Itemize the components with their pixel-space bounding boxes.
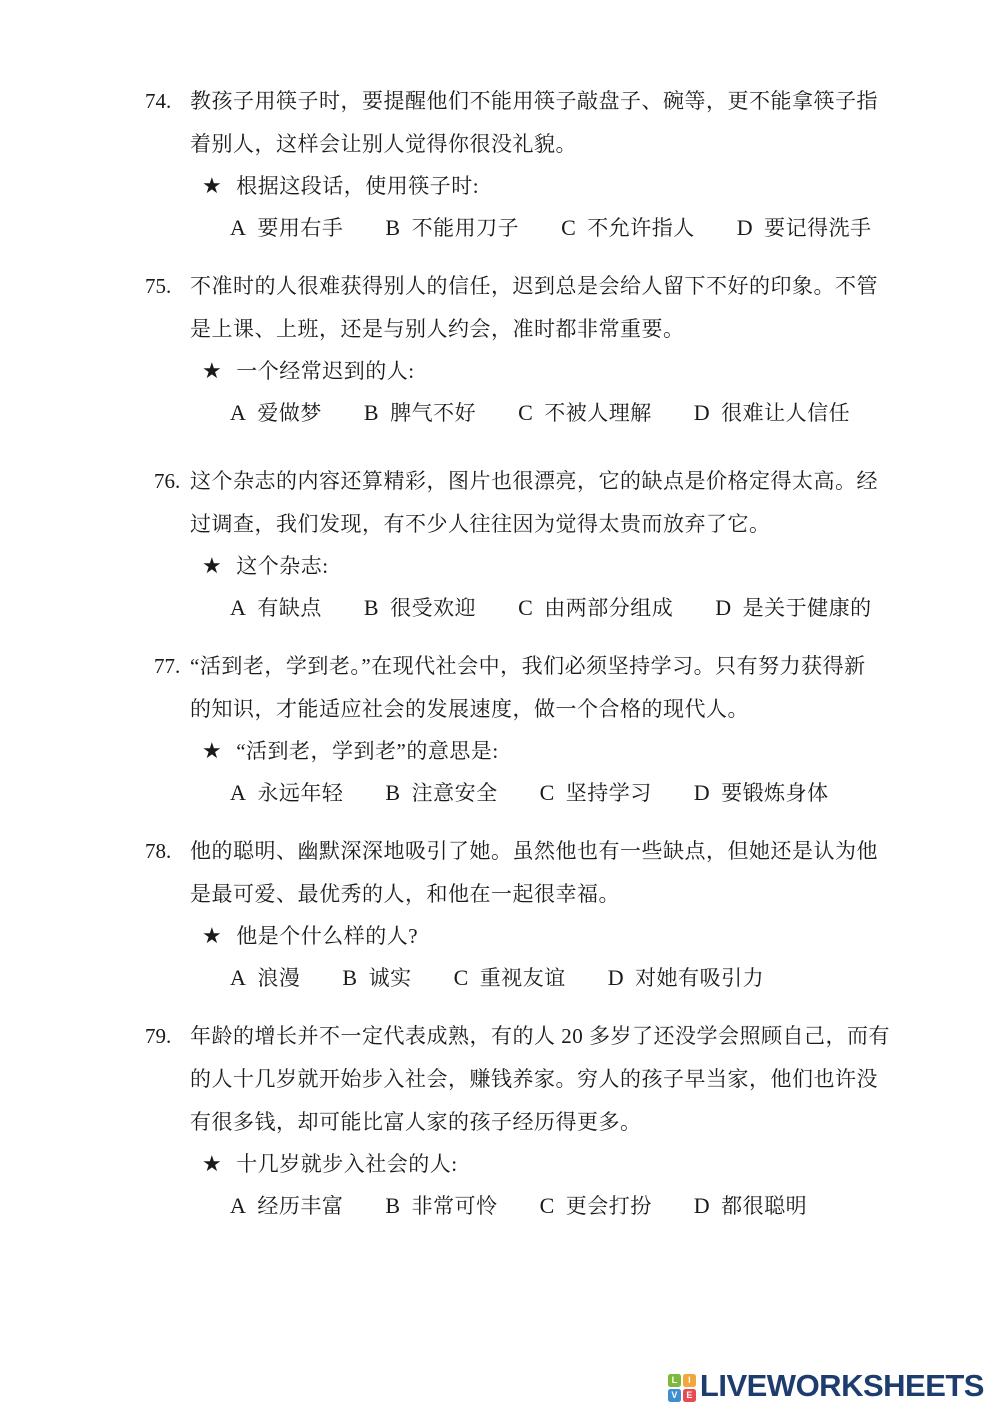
- option-a[interactable]: A浪漫: [230, 957, 300, 999]
- option-text: 注意安全: [412, 781, 498, 805]
- question-number: 79.: [145, 1015, 190, 1058]
- option-d[interactable]: D很难让人信任: [694, 392, 850, 434]
- option-text: 有缺点: [257, 596, 322, 620]
- question-prompt: 十几岁就步入社会的人:: [236, 1152, 457, 1176]
- option-letter: B: [385, 1185, 400, 1226]
- option-text: 浪漫: [257, 966, 300, 990]
- passage-line: 的人十几岁就开始步入社会，赚钱养家。穷人的孩子早当家，他们也许没: [190, 1058, 890, 1101]
- logo-cell-i: I: [683, 1374, 696, 1387]
- question-passage: “活到老，学到老。”在现代社会中，我们必须坚持学习。只有努力获得新 的知识，才能…: [190, 645, 866, 731]
- option-a[interactable]: A经历丰富: [230, 1185, 343, 1227]
- option-letter: A: [230, 587, 246, 628]
- passage-line: “活到老，学到老。”在现代社会中，我们必须坚持学习。只有努力获得新: [190, 645, 866, 688]
- option-letter: B: [364, 587, 379, 628]
- question-passage: 他的聪明、幽默深深地吸引了她。虽然他也有一些缺点，但她还是认为他 是最可爱、最优…: [190, 830, 878, 916]
- option-b[interactable]: B脾气不好: [364, 392, 476, 434]
- question-76: 76. 这个杂志的内容还算精彩，图片也很漂亮，它的缺点是价格定得太高。经 过调查…: [145, 460, 860, 629]
- passage-line: 是上课、上班，还是与别人约会，准时都非常重要。: [190, 308, 878, 351]
- option-d[interactable]: D要记得洗手: [737, 207, 872, 249]
- option-letter: A: [230, 392, 246, 433]
- passage-line: 教孩子用筷子时，要提醒他们不能用筷子敲盘子、碗等，更不能拿筷子指: [190, 80, 878, 123]
- option-a[interactable]: A要用右手: [230, 207, 343, 249]
- option-text: 要用右手: [257, 216, 343, 240]
- options-row: A永远年轻 B注意安全 C坚持学习 D要锻炼身体: [230, 772, 860, 814]
- passage-line: 这个杂志的内容还算精彩，图片也很漂亮，它的缺点是价格定得太高。经: [190, 460, 878, 503]
- question-number: 75.: [145, 265, 190, 308]
- question-prompt: 一个经常迟到的人:: [236, 359, 414, 383]
- option-text: 很难让人信任: [721, 401, 850, 425]
- option-letter: C: [540, 772, 555, 813]
- logo-cell-e: E: [683, 1389, 696, 1402]
- option-a[interactable]: A有缺点: [230, 587, 322, 629]
- star-icon: ★: [202, 731, 222, 772]
- option-letter: D: [715, 587, 731, 628]
- question-prompt-row: ★这个杂志:: [202, 546, 860, 587]
- question-prompt-row: ★一个经常迟到的人:: [202, 351, 860, 392]
- question-74: 74. 教孩子用筷子时，要提醒他们不能用筷子敲盘子、碗等，更不能拿筷子指 着别人…: [145, 80, 860, 249]
- option-text: 要记得洗手: [764, 216, 872, 240]
- option-letter: A: [230, 957, 246, 998]
- worksheet-page: 74. 教孩子用筷子时，要提醒他们不能用筷子敲盘子、碗等，更不能拿筷子指 着别人…: [0, 0, 1000, 1414]
- option-text: 诚实: [369, 966, 412, 990]
- question-prompt: 根据这段话，使用筷子时:: [236, 174, 479, 198]
- question-passage: 不准时的人很难获得别人的信任，迟到总是会给人留下不好的印象。不管 是上课、上班，…: [190, 265, 878, 351]
- question-passage: 这个杂志的内容还算精彩，图片也很漂亮，它的缺点是价格定得太高。经 过调查，我们发…: [190, 460, 878, 546]
- option-c[interactable]: C由两部分组成: [518, 587, 673, 629]
- option-letter: D: [737, 207, 753, 248]
- question-passage: 年龄的增长并不一定代表成熟，有的人 20 多岁了还没学会照顾自己，而有 的人十几…: [190, 1015, 890, 1144]
- option-text: 非常可怜: [412, 1194, 498, 1218]
- option-text: 不能用刀子: [412, 216, 520, 240]
- option-text: 由两部分组成: [544, 596, 673, 620]
- option-a[interactable]: A永远年轻: [230, 772, 343, 814]
- option-text: 经历丰富: [257, 1194, 343, 1218]
- option-c[interactable]: C不允许指人: [561, 207, 695, 249]
- option-text: 很受欢迎: [390, 596, 476, 620]
- options-row: A爱做梦 B脾气不好 C不被人理解 D很难让人信任: [230, 392, 860, 434]
- passage-line: 不准时的人很难获得别人的信任，迟到总是会给人留下不好的印象。不管: [190, 265, 878, 308]
- option-d[interactable]: D是关于健康的: [715, 587, 871, 629]
- option-text: 坚持学习: [566, 781, 652, 805]
- question-prompt-row: ★根据这段话，使用筷子时:: [202, 166, 860, 207]
- option-text: 都很聪明: [721, 1194, 807, 1218]
- passage-line: 是最可爱、最优秀的人，和他在一起很幸福。: [190, 873, 878, 916]
- star-icon: ★: [202, 546, 222, 587]
- option-text: 是关于健康的: [743, 596, 872, 620]
- option-letter: A: [230, 207, 246, 248]
- option-letter: D: [608, 957, 624, 998]
- option-letter: B: [385, 207, 400, 248]
- option-text: 对她有吸引力: [635, 966, 764, 990]
- passage-line: 过调查，我们发现，有不少人往往因为觉得太贵而放弃了它。: [190, 503, 878, 546]
- logo-cell-l: L: [668, 1374, 681, 1387]
- option-b[interactable]: B非常可怜: [385, 1185, 497, 1227]
- questions-list: 74. 教孩子用筷子时，要提醒他们不能用筷子敲盘子、碗等，更不能拿筷子指 着别人…: [145, 80, 860, 1243]
- option-d[interactable]: D对她有吸引力: [608, 957, 764, 999]
- brand-name: LIVEWORKSHEETS: [700, 1368, 984, 1404]
- option-text: 爱做梦: [257, 401, 322, 425]
- question-prompt: 他是个什么样的人?: [236, 924, 418, 948]
- passage-line: 年龄的增长并不一定代表成熟，有的人 20 多岁了还没学会照顾自己，而有: [190, 1015, 890, 1058]
- option-b[interactable]: B注意安全: [385, 772, 497, 814]
- option-c[interactable]: C重视友谊: [454, 957, 566, 999]
- question-78: 78. 他的聪明、幽默深深地吸引了她。虽然他也有一些缺点，但她还是认为他 是最可…: [145, 830, 860, 999]
- option-text: 不被人理解: [544, 401, 652, 425]
- passage-line: 他的聪明、幽默深深地吸引了她。虽然他也有一些缺点，但她还是认为他: [190, 830, 878, 873]
- option-letter: B: [364, 392, 379, 433]
- question-prompt-row: ★十几岁就步入社会的人:: [202, 1144, 860, 1185]
- option-letter: C: [518, 587, 533, 628]
- question-75: 75. 不准时的人很难获得别人的信任，迟到总是会给人留下不好的印象。不管 是上课…: [145, 265, 860, 434]
- option-text: 重视友谊: [480, 966, 566, 990]
- option-text: 永远年轻: [257, 781, 343, 805]
- passage-line: 着别人，这样会让别人觉得你很没礼貌。: [190, 123, 878, 166]
- question-prompt-row: ★他是个什么样的人?: [202, 916, 860, 957]
- option-letter: C: [454, 957, 469, 998]
- option-letter: A: [230, 1185, 246, 1226]
- option-letter: A: [230, 772, 246, 813]
- options-row: A经历丰富 B非常可怜 C更会打扮 D都很聪明: [230, 1185, 860, 1227]
- liveworksheets-grid-icon: L I V E: [668, 1374, 696, 1402]
- option-c[interactable]: C不被人理解: [518, 392, 652, 434]
- option-d[interactable]: D要锻炼身体: [694, 772, 829, 814]
- option-letter: C: [518, 392, 533, 433]
- option-c[interactable]: C坚持学习: [540, 772, 652, 814]
- question-passage: 教孩子用筷子时，要提醒他们不能用筷子敲盘子、碗等，更不能拿筷子指 着别人，这样会…: [190, 80, 878, 166]
- option-letter: C: [540, 1185, 555, 1226]
- passage-line: 的知识，才能适应社会的发展速度，做一个合格的现代人。: [190, 688, 866, 731]
- logo-cell-v: V: [668, 1389, 681, 1402]
- passage-line: 有很多钱，却可能比富人家的孩子经历得更多。: [190, 1101, 890, 1144]
- option-letter: B: [342, 957, 357, 998]
- option-b[interactable]: B诚实: [342, 957, 411, 999]
- star-icon: ★: [202, 1144, 222, 1185]
- option-text: 要锻炼身体: [721, 781, 829, 805]
- question-79: 79. 年龄的增长并不一定代表成熟，有的人 20 多岁了还没学会照顾自己，而有 …: [145, 1015, 860, 1227]
- option-letter: D: [694, 392, 710, 433]
- option-b[interactable]: B不能用刀子: [385, 207, 519, 249]
- option-text: 更会打扮: [566, 1194, 652, 1218]
- option-a[interactable]: A爱做梦: [230, 392, 322, 434]
- option-letter: D: [694, 1185, 710, 1226]
- star-icon: ★: [202, 351, 222, 392]
- question-prompt-row: ★“活到老，学到老”的意思是:: [202, 731, 860, 772]
- question-prompt: 这个杂志:: [236, 554, 328, 578]
- options-row: A浪漫 B诚实 C重视友谊 D对她有吸引力: [230, 957, 860, 999]
- options-row: A要用右手 B不能用刀子 C不允许指人 D要记得洗手: [230, 207, 860, 249]
- question-number: 77.: [145, 645, 190, 688]
- option-b[interactable]: B很受欢迎: [364, 587, 476, 629]
- option-letter: B: [385, 772, 400, 813]
- option-text: 不允许指人: [587, 216, 695, 240]
- question-number: 78.: [145, 830, 190, 873]
- option-c[interactable]: C更会打扮: [540, 1185, 652, 1227]
- liveworksheets-logo[interactable]: L I V E LIVEWORKSHEETS: [668, 1368, 984, 1404]
- option-letter: C: [561, 207, 576, 248]
- star-icon: ★: [202, 916, 222, 957]
- options-row: A有缺点 B很受欢迎 C由两部分组成 D是关于健康的: [230, 587, 860, 629]
- question-77: 77. “活到老，学到老。”在现代社会中，我们必须坚持学习。只有努力获得新 的知…: [145, 645, 860, 814]
- option-text: 脾气不好: [390, 401, 476, 425]
- question-prompt: “活到老，学到老”的意思是:: [236, 739, 498, 763]
- option-d[interactable]: D都很聪明: [694, 1185, 807, 1227]
- question-number: 74.: [145, 80, 190, 123]
- option-letter: D: [694, 772, 710, 813]
- star-icon: ★: [202, 166, 222, 207]
- question-number: 76.: [145, 460, 190, 503]
